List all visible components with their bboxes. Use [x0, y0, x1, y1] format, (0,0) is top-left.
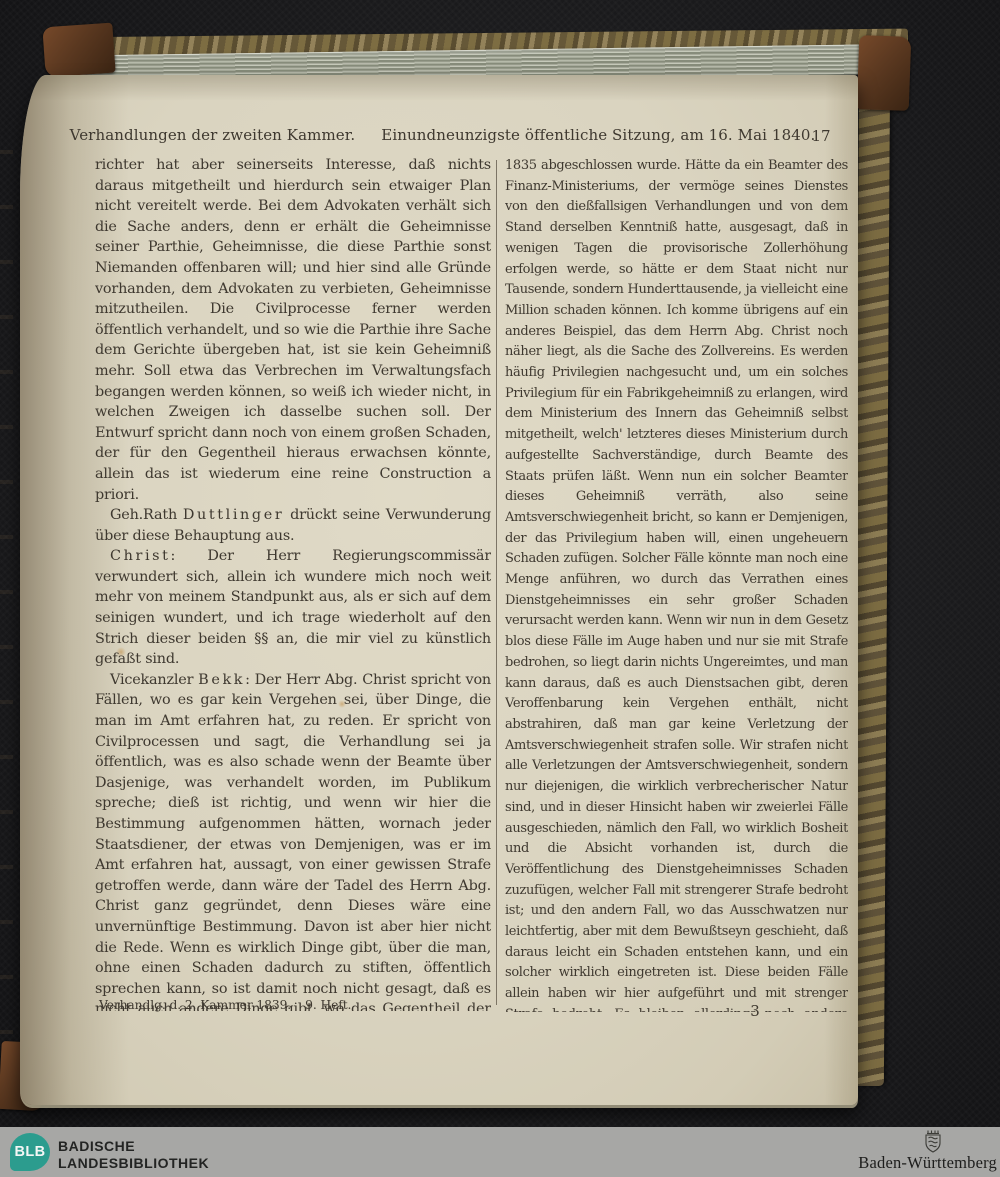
page-header: Verhandlungen der zweiten Kammer. Einund… — [95, 126, 790, 144]
leather-corner-top-left — [42, 23, 115, 78]
running-title-left: Verhandlungen der zweiten Kammer. — [70, 126, 356, 144]
volume-footer-note: Verhandlg. d. 2. Kammer 1839.9. Heft. — [99, 998, 351, 1012]
speaker-name: Bekk — [198, 672, 245, 688]
baden-wuerttemberg-coat-of-arms-icon — [921, 1129, 945, 1155]
leather-corner-top-right — [857, 35, 912, 111]
speaker-name: Christ — [110, 548, 171, 564]
book-spine — [0, 150, 13, 1050]
library-footer-bar: BLB BADISCHE LANDESBIBLIOTHEK Baden-Würt… — [0, 1127, 1000, 1177]
paragraph: richter hat aber seinerseits Interesse, … — [95, 155, 491, 505]
book-board-right-edge — [853, 62, 890, 1086]
region-name: Baden-Württemberg — [817, 1153, 997, 1173]
scanned-book-photo: Verhandlungen der zweiten Kammer. Einund… — [0, 0, 1000, 1177]
signature-mark: 3 — [734, 1002, 776, 1020]
speaker-name: Duttlinger — [183, 507, 284, 523]
paragraph: Geh.Rath Duttlinger drückt seine Verwund… — [95, 505, 491, 546]
page-number: 17 — [798, 127, 844, 145]
running-title-right: Einundneunzigste öffentliche Sitzung, am… — [381, 126, 815, 144]
paragraph: Vicekanzler Bekk: Der Herr Abg. Christ s… — [95, 670, 491, 1011]
paragraph: 1835 abgeschlossen wurde. Hätte da ein B… — [505, 156, 848, 1012]
blb-logo-text: BLB — [14, 1144, 45, 1160]
library-name: BADISCHE LANDESBIBLIOTHEK — [58, 1138, 209, 1172]
blb-logo: BLB — [10, 1133, 50, 1171]
column-divider — [496, 160, 497, 1005]
right-column: 1835 abgeschlossen wurde. Hätte da ein B… — [505, 156, 848, 1012]
left-column: richter hat aber seinerseits Interesse, … — [95, 155, 491, 1011]
paragraph: Christ: Der Herr Regierungscommissär ver… — [95, 546, 491, 670]
